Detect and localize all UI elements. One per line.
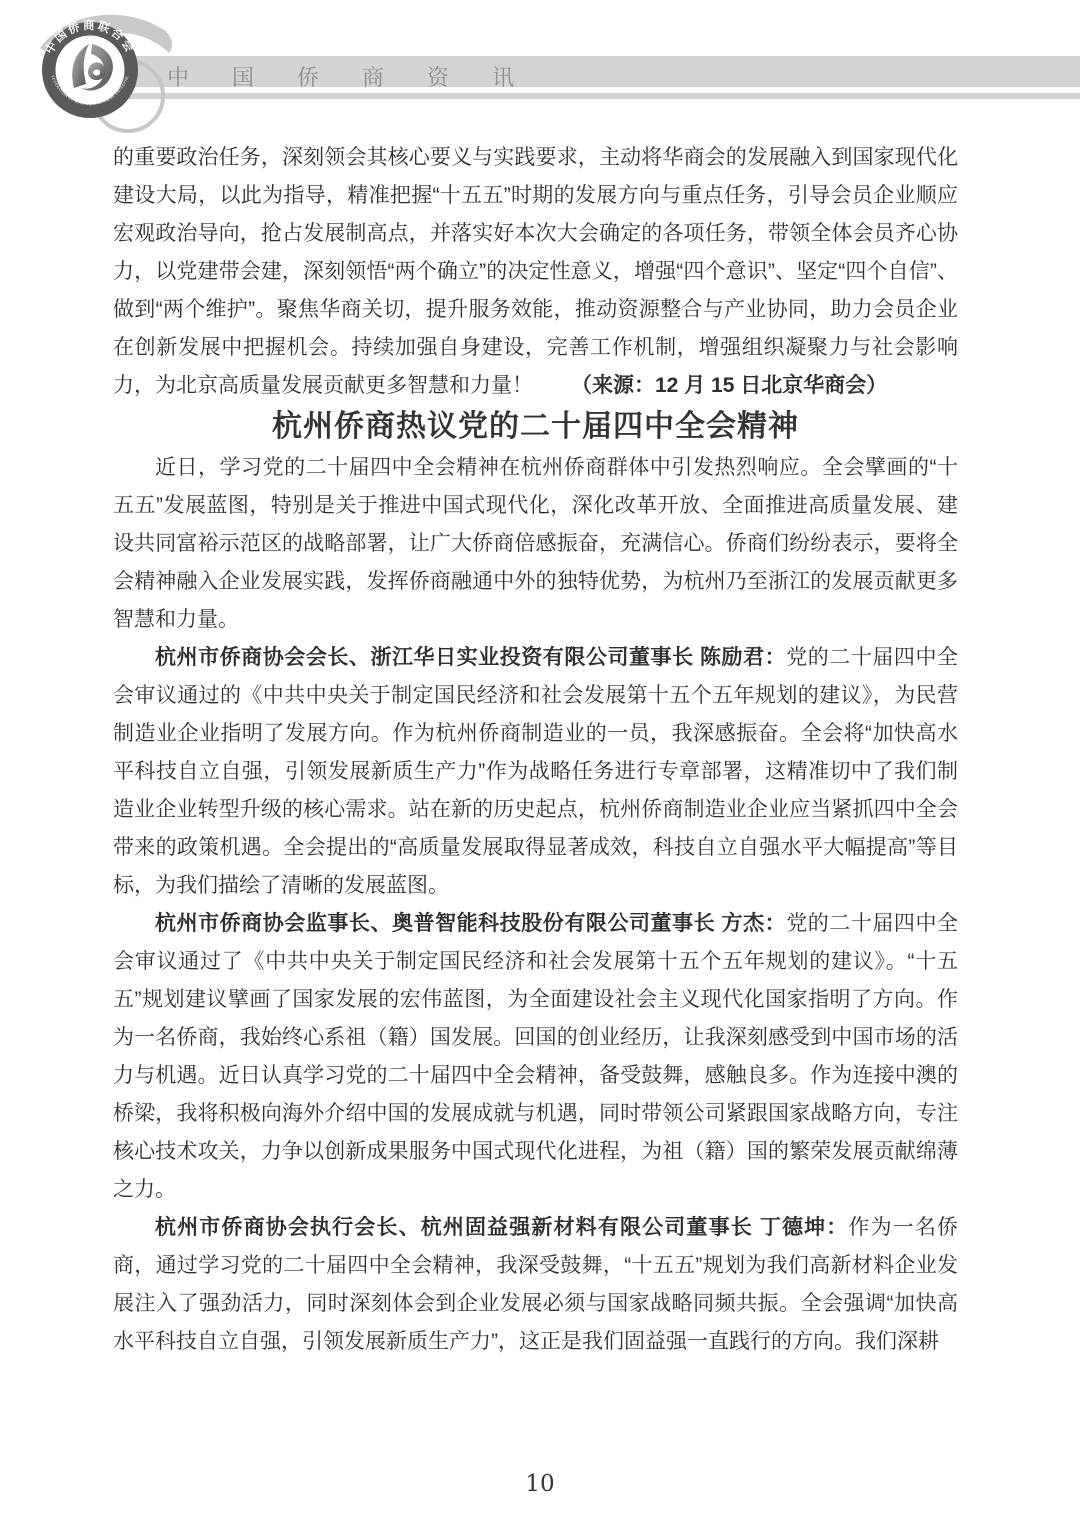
masthead-title: 中国侨商资讯 <box>167 61 557 92</box>
paragraph: 近日，学习党的二十届四中全会精神在杭州侨商群体中引发热烈响应。全会擘画的“十五五… <box>113 449 958 639</box>
paragraph-text: 的重要政治任务，深刻领会其核心要义与实践要求，主动将华商会的发展融入到国家现代化… <box>113 146 958 397</box>
paragraph: 杭州市侨商协会会长、浙江华日实业投资有限公司董事长 陈励君：党的二十届四中全会审… <box>113 639 958 905</box>
masthead-underline <box>112 93 1080 99</box>
article-body: 的重要政治任务，深刻领会其核心要义与实践要求，主动将华商会的发展融入到国家现代化… <box>113 139 958 1361</box>
paragraph-continuation: 的重要政治任务，深刻领会其核心要义与实践要求，主动将华商会的发展融入到国家现代化… <box>113 139 958 405</box>
article-title: 杭州侨商热议党的二十届四中全会精神 <box>113 405 958 449</box>
paragraph: 杭州市侨商协会监事长、奥普智能科技股份有限公司董事长 方杰：党的二十届四中全会审… <box>113 905 958 1209</box>
federation-logo: 中国侨商联合会 CHINA FEDERATION OF OVERSEAS CHI… <box>28 6 218 156</box>
federation-logo-icon: 中国侨商联合会 CHINA FEDERATION OF OVERSEAS CHI… <box>28 6 218 156</box>
speaker-name: 杭州市侨商协会监事长、奥普智能科技股份有限公司董事长 方杰： <box>155 912 786 935</box>
page-number: 10 <box>0 1471 1080 1497</box>
speaker-name: 杭州市侨商协会执行会长、杭州固益强新材料有限公司董事长 丁德坤： <box>155 1216 848 1239</box>
paragraph-text: 党的二十届四中全会审议通过了《中共中央关于制定国民经济和社会发展第十五个五年规划… <box>113 912 958 1201</box>
document-page: 中国侨商资讯 中国侨商联合会 <box>0 0 1080 1525</box>
paragraph-text: 党的二十届四中全会审议通过的《中共中央关于制定国民经济和社会发展第十五个五年规划… <box>113 646 958 897</box>
speaker-name: 杭州市侨商协会会长、浙江华日实业投资有限公司董事长 陈励君： <box>155 646 786 669</box>
paragraph-text: 近日，学习党的二十届四中全会精神在杭州侨商群体中引发热烈响应。全会擘画的“十五五… <box>113 456 958 631</box>
source-note: （来源：12 月 15 日北京华商会） <box>571 374 887 397</box>
paragraph: 杭州市侨商协会执行会长、杭州固益强新材料有限公司董事长 丁德坤：作为一名侨商，通… <box>113 1209 958 1361</box>
